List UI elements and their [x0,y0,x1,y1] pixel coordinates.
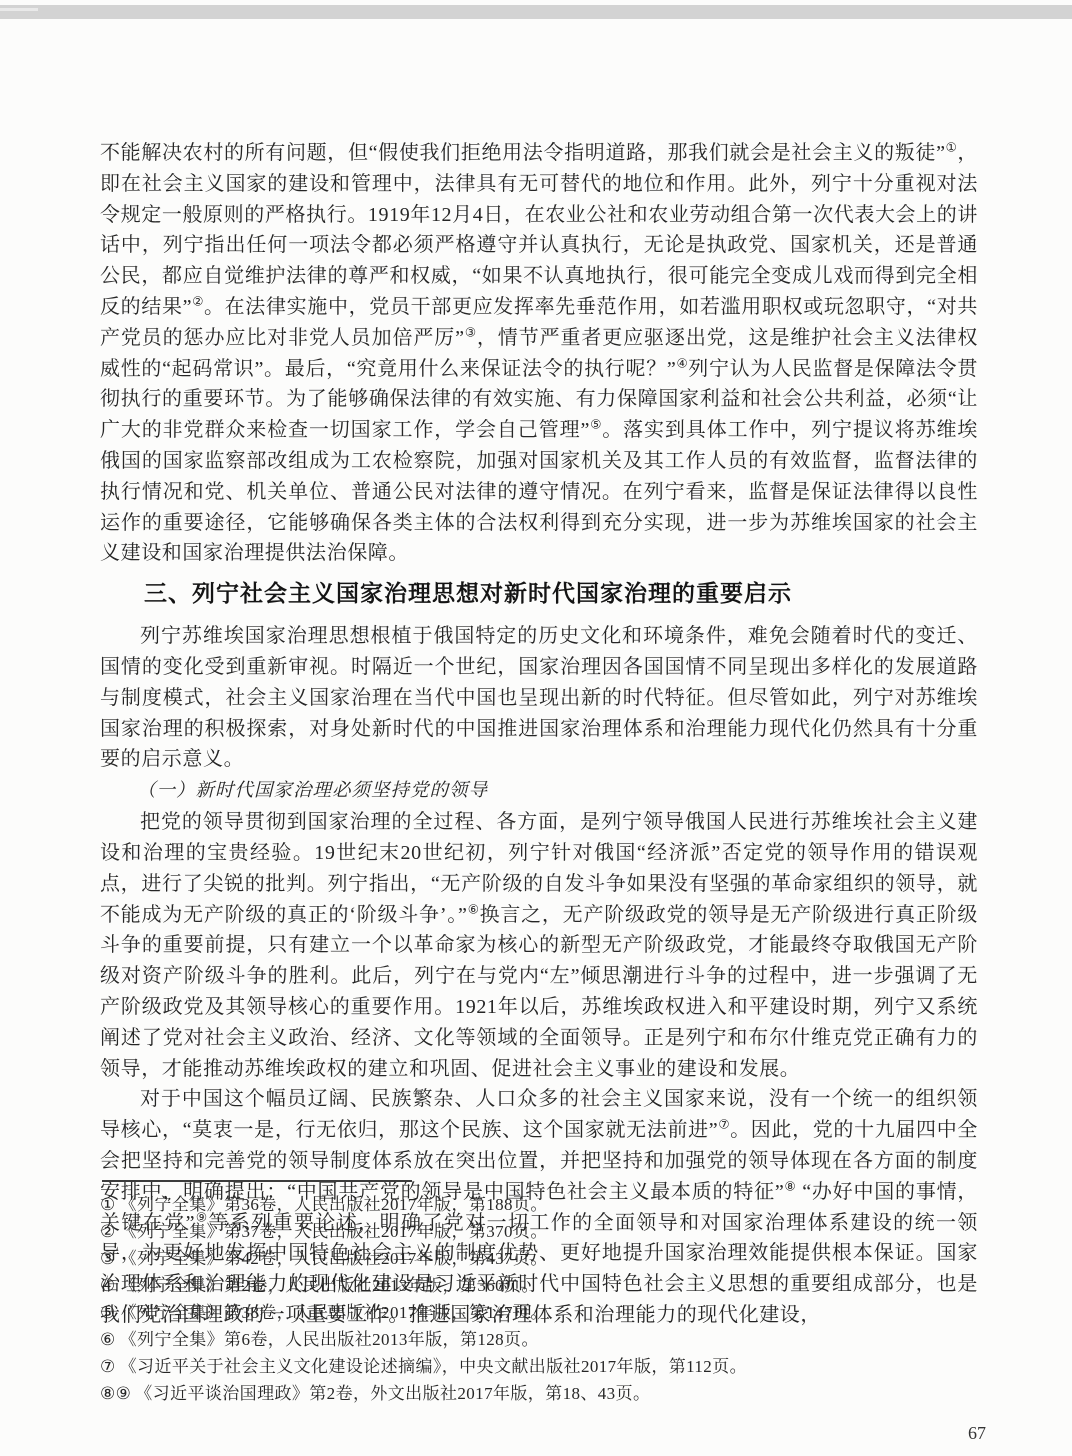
footnote-marker: ⑦ [100,1357,116,1376]
footnote-marker: ② [100,1222,116,1241]
footnote-item: ④《列宁全集》第2卷，人民出版社2013年版，第360页。 [100,1272,978,1299]
footnote-marker: ④ [100,1276,116,1295]
footnote-text: 《列宁全集》第2卷，人民出版社2013年版，第360页。 [120,1276,539,1295]
paragraph-law-enforcement: 不能解决农村的所有问题，但“假使我们拒绝用法令指明道路，那我们就会是社会主义的叛… [100,138,978,569]
paragraph-party-leadership: 把党的领导贯彻到国家治理的全过程、各方面，是列宁领导俄国人民进行苏维埃社会主义建… [100,807,978,1084]
footnote-list: ①《列宁全集》第36卷，人民出版社2017年版，第188页。②《列宁全集》第37… [100,1191,978,1407]
footnote-text: 《习近平关于社会主义文化建设论述摘编》，中央文献出版社2017年版，第112页。 [120,1357,747,1376]
footnote-item: ⑧⑨《习近平谈治国理政》第2卷，外文出版社2017年版，第18、43页。 [100,1380,978,1407]
section-heading: 三、列宁社会主义国家治理思想对新时代国家治理的重要启示 [100,577,978,609]
footnote-item: ⑥《列宁全集》第6卷，人民出版社2013年版，第128页。 [100,1326,978,1353]
footnote-text: 《列宁全集》第6卷，人民出版社2013年版，第128页。 [120,1330,539,1349]
footnote-marker: ① [100,1195,116,1214]
footnote-marker: ⑧⑨ [100,1384,131,1403]
footnote-marker: ③ [100,1249,116,1268]
footnote-item: ②《列宁全集》第37卷，人民出版社2017年版，第370页。 [100,1218,978,1245]
footnote-text: 《列宁全集》第38卷，人民出版社2017年版，第147页。 [120,1303,548,1322]
scan-edge-artifact [0,5,1072,19]
journal-page: 不能解决农村的所有问题，但“假使我们拒绝用法令指明道路，那我们就会是社会主义的叛… [0,0,1072,1456]
subsection-heading: （一）新时代国家治理必须坚持党的领导 [100,777,978,805]
footnote-item: ③《列宁全集》第42卷，人民出版社2017年版，第437页。 [100,1245,978,1272]
footnote-text: 《列宁全集》第37卷，人民出版社2017年版，第370页。 [120,1222,548,1241]
footnote-divider [102,1180,412,1182]
footnote-item: ①《列宁全集》第36卷，人民出版社2017年版，第188页。 [100,1191,978,1218]
footnote-marker: ⑥ [100,1330,116,1349]
footnote-text: 《列宁全集》第42卷，人民出版社2017年版，第437页。 [120,1249,548,1268]
footnotes-section: ①《列宁全集》第36卷，人民出版社2017年版，第188页。②《列宁全集》第37… [100,1180,978,1407]
paragraph-overview: 列宁苏维埃国家治理思想根植于俄国特定的历史文化和环境条件，难免会随着时代的变迁、… [100,621,978,775]
page-number: 67 [968,1423,986,1444]
footnote-marker: ⑤ [100,1303,116,1322]
footnote-text: 《列宁全集》第36卷，人民出版社2017年版，第188页。 [120,1195,548,1214]
footnote-text: 《习近平谈治国理政》第2卷，外文出版社2017年版，第18、43页。 [135,1384,650,1403]
footnote-item: ⑦《习近平关于社会主义文化建设论述摘编》，中央文献出版社2017年版，第112页… [100,1353,978,1380]
footnote-item: ⑤《列宁全集》第38卷，人民出版社2017年版，第147页。 [100,1299,978,1326]
article-body: 不能解决农村的所有问题，但“假使我们拒绝用法令指明道路，那我们就会是社会主义的叛… [100,138,978,1331]
